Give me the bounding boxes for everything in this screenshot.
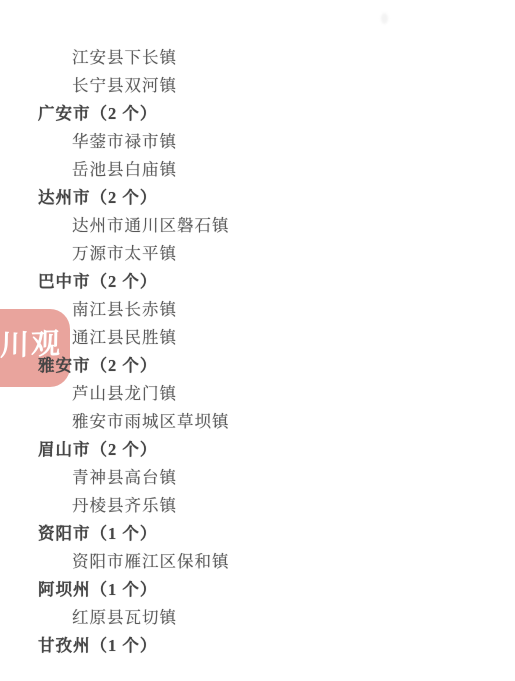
city-header-line: 达州市（2 个）	[0, 182, 515, 210]
city-header-line: 资阳市（1 个）	[0, 518, 515, 546]
town-line: 雅安市雨城区草坝镇	[0, 406, 515, 434]
town-line: 达州市通川区磐石镇	[0, 210, 515, 238]
city-header-line: 广安市（2 个）	[0, 98, 515, 126]
town-line: 万源市太平镇	[0, 238, 515, 266]
town-line: 红原县瓦切镇	[0, 602, 515, 630]
scan-smudge	[381, 13, 388, 24]
scanned-document-page: 川观 江安县下长镇 长宁县双河镇 广安市（2 个） 华蓥市禄市镇 岳池县白庙镇 …	[0, 0, 515, 681]
document-body: 江安县下长镇 长宁县双河镇 广安市（2 个） 华蓥市禄市镇 岳池县白庙镇 达州市…	[0, 42, 515, 658]
town-line: 南江县长赤镇	[0, 294, 515, 322]
city-header-line: 巴中市（2 个）	[0, 266, 515, 294]
town-line: 长宁县双河镇	[0, 70, 515, 98]
city-header-line: 雅安市（2 个）	[0, 350, 515, 378]
town-line: 青神县高台镇	[0, 462, 515, 490]
city-header-line: 眉山市（2 个）	[0, 434, 515, 462]
city-header-line: 阿坝州（1 个）	[0, 574, 515, 602]
town-line: 芦山县龙门镇	[0, 378, 515, 406]
town-line: 岳池县白庙镇	[0, 154, 515, 182]
town-line: 华蓥市禄市镇	[0, 126, 515, 154]
town-line: 通江县民胜镇	[0, 322, 515, 350]
town-line: 江安县下长镇	[0, 42, 515, 70]
town-line: 资阳市雁江区保和镇	[0, 546, 515, 574]
town-line: 丹棱县齐乐镇	[0, 490, 515, 518]
city-header-line: 甘孜州（1 个）	[0, 630, 515, 658]
